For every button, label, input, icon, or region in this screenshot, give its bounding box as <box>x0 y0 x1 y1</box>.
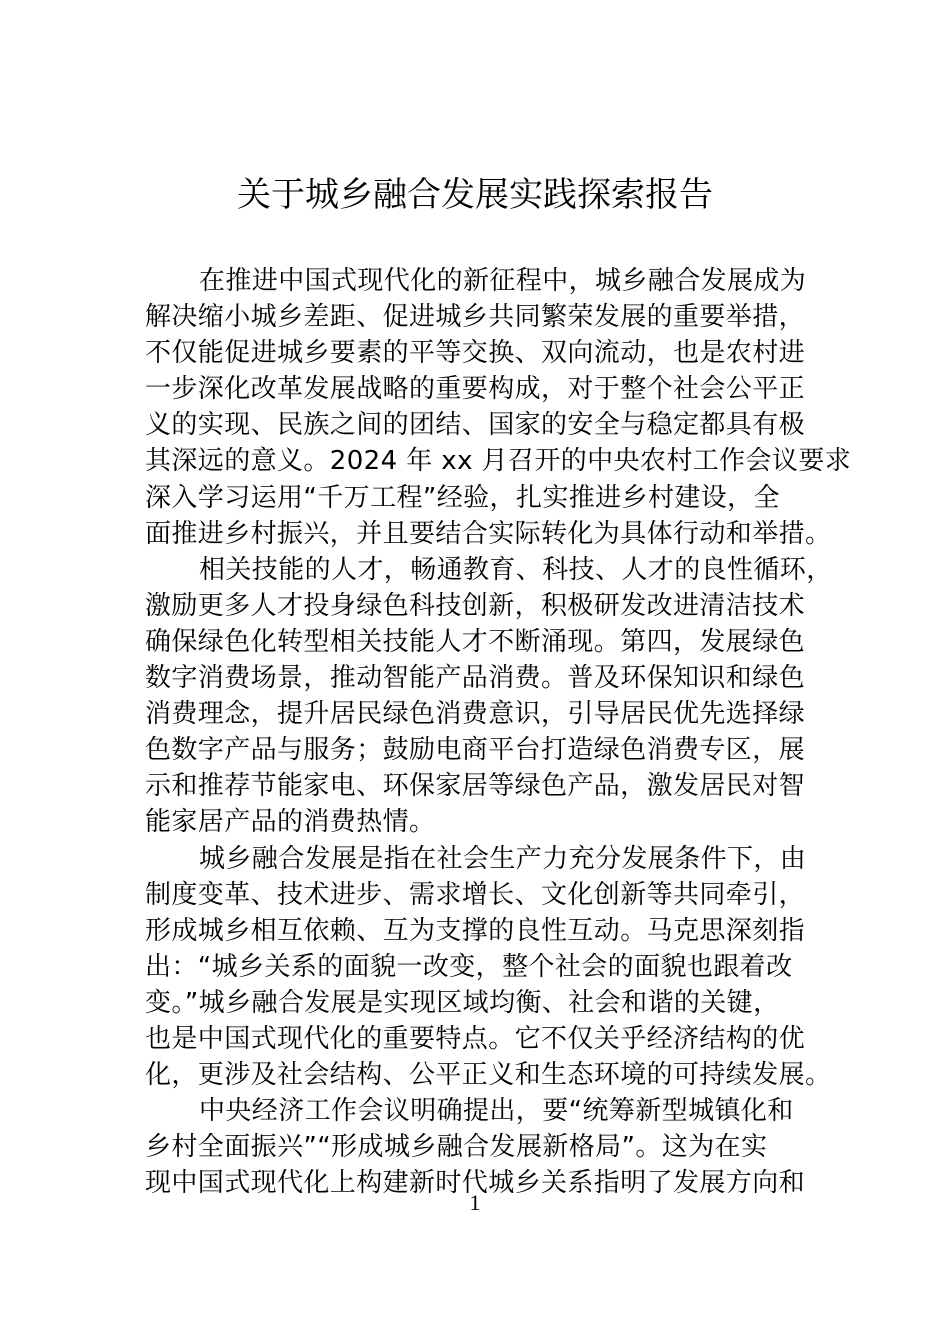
paragraph-3-line: 出：“城乡关系的面貌一改变，整个社会的面貌也跟着改 <box>145 949 810 985</box>
paragraph-3-line: 城乡融合发展是指在社会生产力充分发展条件下，由 <box>145 841 810 877</box>
document-body: 在推进中国式现代化的新征程中，城乡融合发展成为 解决缩小城乡差距、促进城乡共同繁… <box>145 263 810 1201</box>
paragraph-2-line: 数字消费场景，推动智能产品消费。普及环保知识和绿色 <box>145 660 810 696</box>
paragraph-2-line: 示和推荐节能家电、环保家居等绿色产品，激发居民对智 <box>145 768 810 804</box>
document-page: 关于城乡融合发展实践探索报告 在推进中国式现代化的新征程中，城乡融合发展成为 解… <box>0 0 950 1344</box>
paragraph-1-line: 一步深化改革发展战略的重要构成，对于整个社会公平正 <box>145 371 810 407</box>
paragraph-1-line: 深入学习运用“千万工程”经验，扎实推进乡村建设，全 <box>145 480 810 516</box>
paragraph-2-line: 相关技能的人才，畅通教育、科技、人才的良性循环， <box>145 552 810 588</box>
paragraph-1-line: 义的实现、民族之间的团结、国家的安全与稳定都具有极 <box>145 407 810 443</box>
paragraph-2-line: 能家居产品的消费热情。 <box>145 804 810 840</box>
paragraph-2-line: 激励更多人才投身绿色科技创新，积极研发改进清洁技术 <box>145 588 810 624</box>
paragraph-1-line: 在推进中国式现代化的新征程中，城乡融合发展成为 <box>145 263 810 299</box>
paragraph-3-line: 制度变革、技术进步、需求增长、文化创新等共同牵引， <box>145 877 810 913</box>
paragraph-4-line: 中央经济工作会议明确提出，要“统筹新型城镇化和 <box>145 1093 810 1129</box>
paragraph-4-line: 乡村全面振兴”“形成城乡融合发展新格局”。这为在实 <box>145 1129 810 1165</box>
paragraph-1-line: 不仅能促进城乡要素的平等交换、双向流动，也是农村进 <box>145 335 810 371</box>
paragraph-3-line: 变。”城乡融合发展是实现区域均衡、社会和谐的关键， <box>145 985 810 1021</box>
paragraph-2-line: 确保绿色化转型相关技能人才不断涌现。第四，发展绿色 <box>145 624 810 660</box>
page-number: 1 <box>0 1188 950 1218</box>
paragraph-2-line: 消费理念，提升居民绿色消费意识，引导居民优先选择绿 <box>145 696 810 732</box>
paragraph-3-line: 形成城乡相互依赖、互为支撑的良性互动。马克思深刻指 <box>145 913 810 949</box>
paragraph-2-line: 色数字产品与服务；鼓励电商平台打造绿色消费专区，展 <box>145 732 810 768</box>
paragraph-1-line: 面推进乡村振兴，并且要结合实际转化为具体行动和举措。 <box>145 516 810 552</box>
document-title: 关于城乡融合发展实践探索报告 <box>0 172 950 218</box>
paragraph-3-line: 化，更涉及社会结构、公平正义和生态环境的可持续发展。 <box>145 1057 810 1093</box>
paragraph-1-line: 其深远的意义。2024 年 xx 月召开的中央农村工作会议要求 <box>145 443 810 479</box>
paragraph-1-line: 解决缩小城乡差距、促进城乡共同繁荣发展的重要举措， <box>145 299 810 335</box>
paragraph-3-line: 也是中国式现代化的重要特点。它不仅关乎经济结构的优 <box>145 1021 810 1057</box>
